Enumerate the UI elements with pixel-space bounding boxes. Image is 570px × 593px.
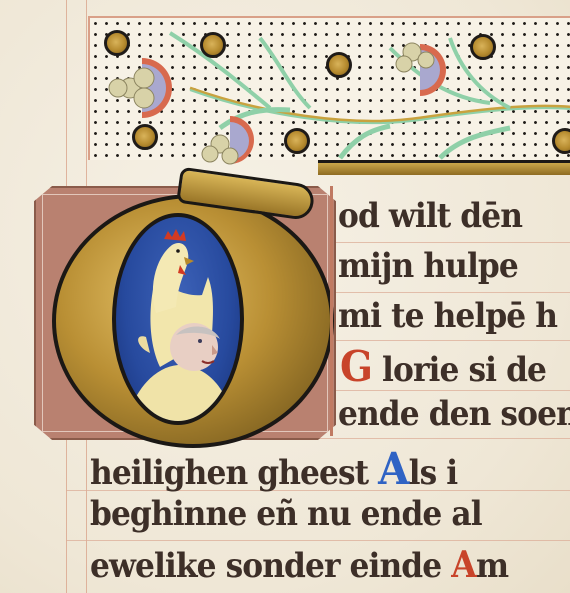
text-line-7: beghinne eñ nu ende al <box>90 494 482 534</box>
text-line-6: heilighen gheest Als i <box>90 444 457 495</box>
text-line: ende den soen <box>338 394 570 434</box>
text-line-4: G lorie si de <box>340 342 546 391</box>
ruling-line <box>66 540 570 541</box>
rooster-hood-figure <box>116 217 240 421</box>
text-line: heilighen gheest <box>90 453 368 493</box>
gold-dot <box>200 32 226 58</box>
text-line-3: mi te helpē h <box>338 296 557 336</box>
flower-icon <box>102 50 192 130</box>
text-line-2: mijn hulpe <box>338 246 518 286</box>
gold-dot <box>470 34 496 60</box>
flower-icon <box>200 110 270 170</box>
gold-dot <box>284 128 310 154</box>
floral-border <box>88 16 570 160</box>
text-line: mi te helpē h <box>338 296 557 336</box>
gold-dot <box>326 52 352 78</box>
text-line: lorie si de <box>382 350 546 390</box>
flower-icon <box>390 38 470 98</box>
text-line-8: ewelike sonder einde Am <box>90 544 508 586</box>
text-line-5: ende den soen <box>338 394 570 434</box>
initial-miniature <box>112 213 244 425</box>
gold-bar <box>318 160 570 175</box>
text-line: m <box>476 546 508 586</box>
frame-line <box>330 186 333 436</box>
text-line: od wilt dēn <box>338 196 522 236</box>
blue-initial-a: A <box>378 444 408 495</box>
manuscript-page: od wilt dēn mijn hulpe mi te helpē h G l… <box>0 0 570 593</box>
text-line: ewelike sonder einde <box>90 546 441 586</box>
red-initial-a: A <box>451 544 476 586</box>
text-line: ls i <box>409 453 458 493</box>
red-initial-g: G <box>340 342 372 391</box>
text-line: mijn hulpe <box>338 246 518 286</box>
text-line-1: od wilt dēn <box>338 196 522 236</box>
text-line: beghinne eñ nu ende al <box>90 494 482 534</box>
